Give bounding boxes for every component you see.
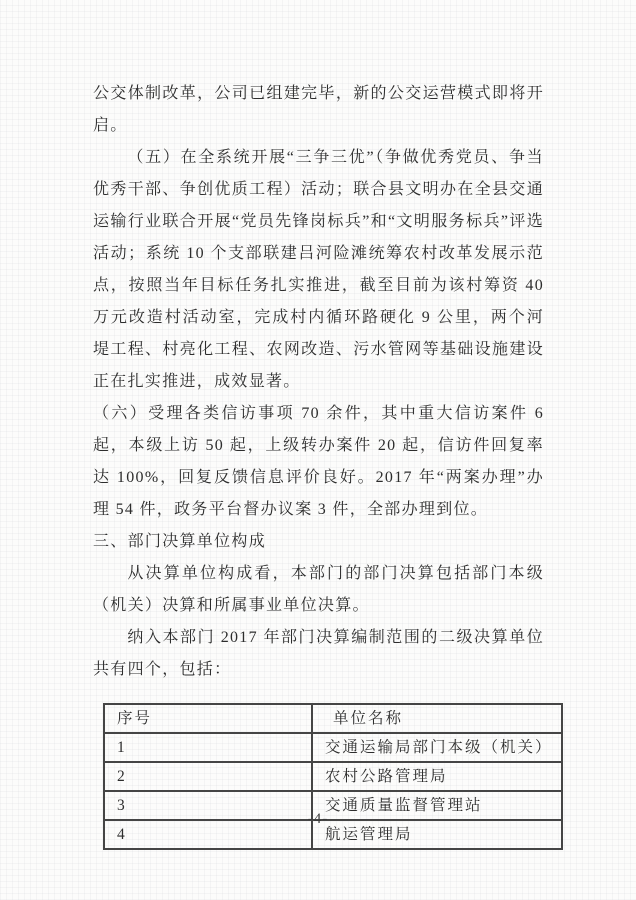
table-cell-index: 2 [104, 762, 312, 791]
table-row: 2 农村公路管理局 [104, 762, 562, 791]
paragraph-unit-composition: 从决算单位构成看，本部门的部门决算包括部门本级（机关）决算和所属事业单位决算。 [93, 558, 544, 622]
table-header-unit-name: 单位名称 [312, 704, 562, 733]
table-cell-index: 1 [104, 733, 312, 762]
paragraph-item-6: （六）受理各类信访事项 70 余件，其中重大信访案件 6 起，本级上访 50 起… [93, 398, 544, 526]
document-page: 公交体制改革，公司已组建完毕，新的公交运营模式即将开启。 （五）在全系统开展“三… [0, 0, 636, 900]
paragraph-continuation: 公交体制改革，公司已组建完毕，新的公交运营模式即将开启。 [93, 78, 544, 142]
section-heading: 三、部门决算单位构成 [93, 526, 544, 558]
document-body: 公交体制改革，公司已组建完毕，新的公交运营模式即将开启。 （五）在全系统开展“三… [93, 78, 544, 850]
table-header-row: 序号 单位名称 [104, 704, 562, 733]
table-cell-unit-name: 农村公路管理局 [312, 762, 562, 791]
paragraph-unit-scope: 纳入本部门 2017 年部门决算编制范围的二级决算单位共有四个，包括： [93, 622, 544, 686]
table-cell-unit-name: 交通运输局部门本级（机关） [312, 733, 562, 762]
table-header-index: 序号 [104, 704, 312, 733]
table-row: 1 交通运输局部门本级（机关） [104, 733, 562, 762]
paragraph-item-5: （五）在全系统开展“三争三优”（争做优秀党员、争当优秀干部、争创优质工程）活动；… [93, 142, 544, 398]
page-number: -4- [0, 811, 636, 828]
